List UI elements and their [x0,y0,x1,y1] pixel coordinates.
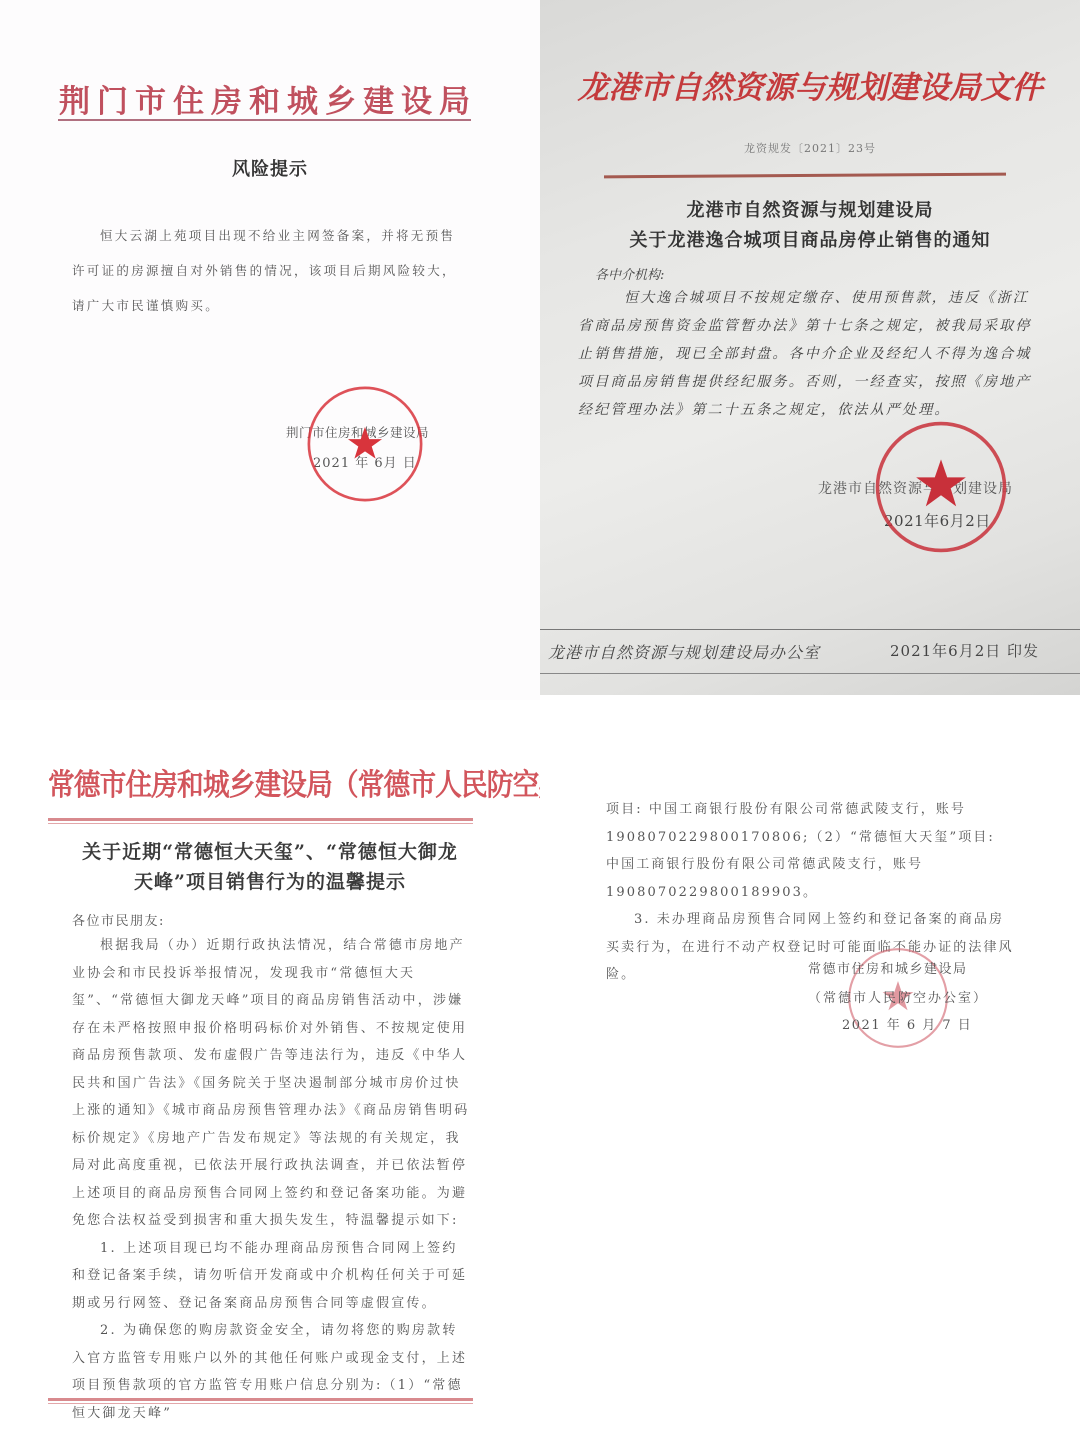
agency-header: 荆门市住房和城乡建设局 [58,76,478,121]
document-body: 恒大逸合城项目不按规定缴存、使用预售款，违反《浙江省商品房预售资金监管暂办法》第… [578,284,1038,424]
document-changde-warm-reminder: 常德市住房和城乡建设局（常德市人民防空办公室） 关于近期“常德恒大天玺”、“常德… [0,700,540,1435]
title-line: 天峰”项目销售行为的温馨提示 [0,867,540,897]
document-body: 恒大云湖上苑项目出现不给业主网签备案，并将无预售许可证的房源擅自对外销售的情况，… [72,218,462,323]
salutation: 各位市民朋友: [72,910,165,929]
document-body: 根据我局（办）近期行政执法情况，结合常德市房地产业协会和市民投诉举报情况，发现我… [72,932,472,1427]
title-line: 关于龙港逸合城项目商品房停止销售的通知 [540,226,1080,256]
document-title: 风险提示 [0,155,540,181]
issue-date: 2021年6月2日 [884,510,991,531]
footer-issuer: 龙港市自然资源与规划建设局办公室 [548,640,820,663]
header-divider [48,818,473,821]
document-title: 关于近期“常德恒大天玺”、“常德恒大御龙 天峰”项目销售行为的温馨提示 [0,837,540,897]
paragraph: 根据我局（办）近期行政执法情况，结合常德市房地产业协会和市民投诉举报情况，发现我… [72,932,472,1235]
signature: 常德市住房和城乡建设局 [808,958,968,977]
footer-divider [540,673,1080,674]
official-seal-icon [304,383,426,505]
document-number: 龙资规发〔2021〕23号 [540,140,1080,156]
footer-divider [48,1403,473,1404]
signature: 荆门市住房和城乡建设局 [286,423,429,441]
document-changde-continued: 项目: 中国工商银行股份有限公司常德武陵支行，账号 19080702298001… [540,700,1080,1435]
paragraph: 2. 为确保您的购房款资金安全，请勿将您的购房款转入官方监管专用账户以外的其他任… [72,1317,472,1427]
document-longgang-stop-sale-notice: 龙港市自然资源与规划建设局文件 龙资规发〔2021〕23号 龙港市自然资源与规划… [540,0,1080,695]
paragraph: 1. 上述项目现已均不能办理商品房预售合同网上签约和登记备案手续，请勿听信开发商… [72,1235,472,1318]
signature-subtitle: （常德市人民防空办公室） [808,987,988,1006]
title-line: 关于近期“常德恒大天玺”、“常德恒大御龙 [0,837,540,867]
footer-divider [540,629,1080,630]
issue-date: 2021 年 6月 日 [313,452,417,471]
title-line: 龙港市自然资源与规划建设局 [540,196,1080,226]
header-divider [58,119,471,121]
document-jingmen-risk-notice: 荆门市住房和城乡建设局 风险提示 恒大云湖上苑项目出现不给业主网签备案，并将无预… [0,0,540,700]
signature: 龙港市自然资源与规划建设局 [818,478,1013,498]
salutation: 各中介机构: [595,264,664,283]
footer-date: 2021年6月2日 印发 [890,640,1039,661]
header-divider [48,823,473,824]
agency-header: 常德市住房和城乡建设局（常德市人民防空办公室） [48,760,440,804]
agency-header: 龙港市自然资源与规划建设局文件 [540,62,1080,107]
document-title: 龙港市自然资源与规划建设局 关于龙港逸合城项目商品房停止销售的通知 [540,196,1080,256]
issue-date: 2021 年 6 月 7 日 [842,1014,972,1033]
paragraph: 项目: 中国工商银行股份有限公司常德武陵支行，账号 19080702298001… [606,796,1016,906]
header-divider [604,173,1006,179]
footer-divider [48,1398,473,1401]
